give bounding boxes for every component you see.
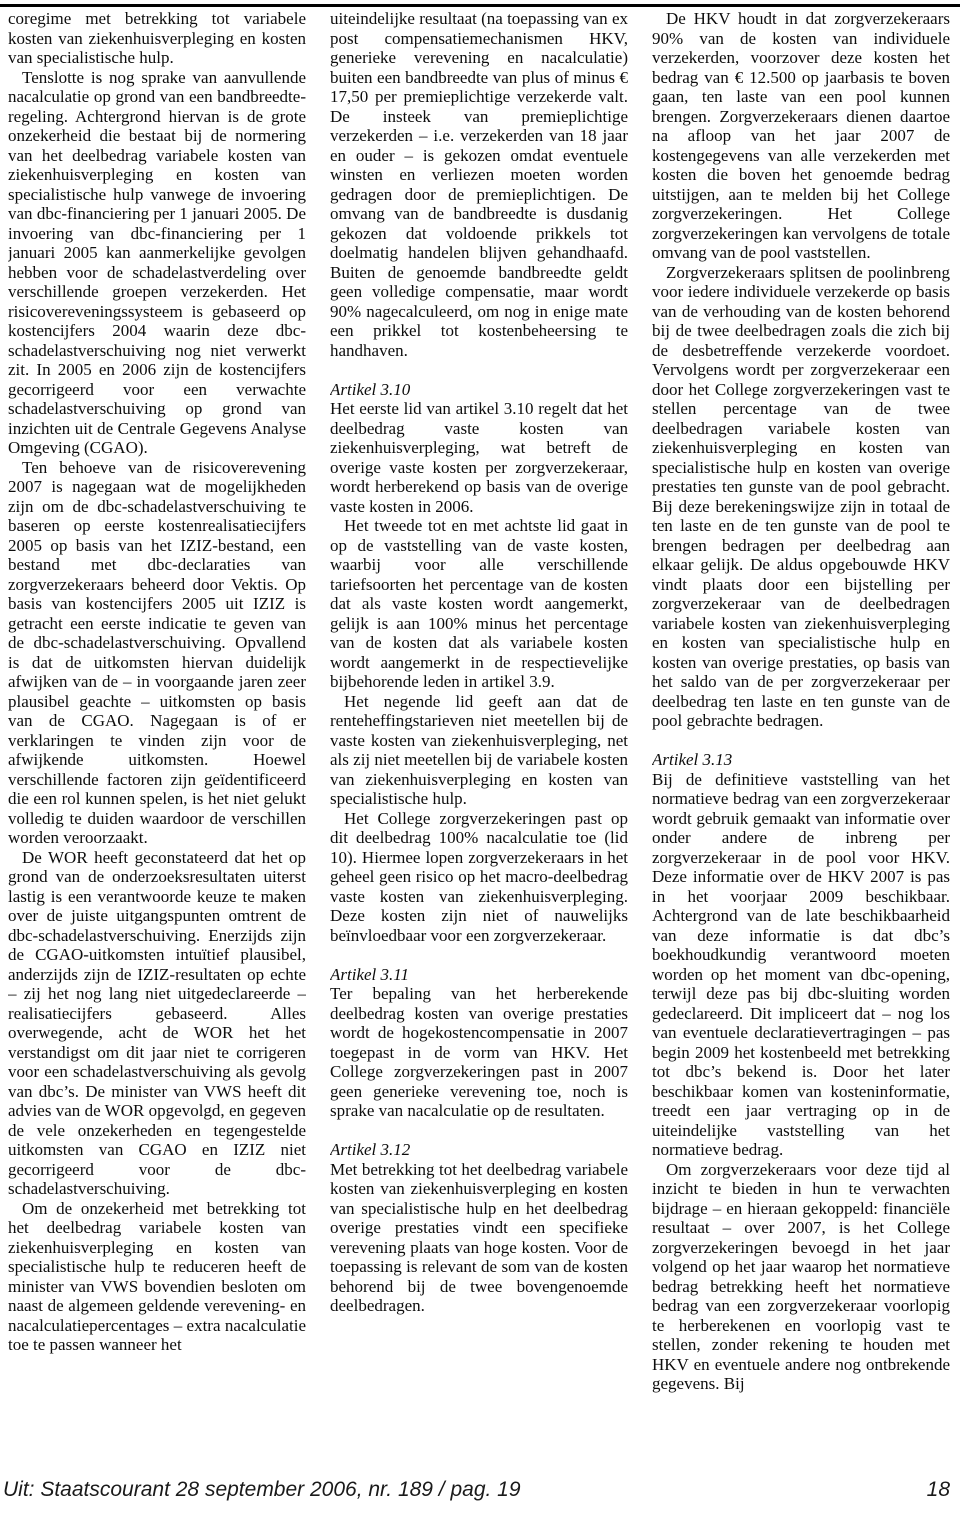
paragraph: coregime met betrekking tot variabele ko… xyxy=(8,9,306,68)
column-right: De HKV houdt in dat zorgverzekeraars 90%… xyxy=(652,9,950,1461)
document-page: coregime met betrekking tot variabele ko… xyxy=(0,0,960,1515)
paragraph: De HKV houdt in dat zorgverzekeraars 90%… xyxy=(652,9,950,263)
paragraph: Het negende lid geeft aan dat de rentehe… xyxy=(330,692,628,809)
paragraph: uiteindelijke resultaat (na toepassing v… xyxy=(330,9,628,360)
article-heading: Artikel 3.11 xyxy=(330,965,628,985)
paragraph: Het eerste lid van artikel 3.10 regelt d… xyxy=(330,399,628,516)
page-footer: Uit: Staatscourant 28 september 2006, nr… xyxy=(3,1478,950,1502)
article-heading: Artikel 3.12 xyxy=(330,1140,628,1160)
paragraph: Tenslotte is nog sprake van aanvullende … xyxy=(8,68,306,458)
paragraph: De WOR heeft geconstateerd dat het op gr… xyxy=(8,848,306,1199)
article-heading: Artikel 3.10 xyxy=(330,380,628,400)
paragraph: Ter bepaling van het herberekende deelbe… xyxy=(330,984,628,1121)
paragraph: Bij de definitieve vaststelling van het … xyxy=(652,770,950,1160)
article-heading: Artikel 3.13 xyxy=(652,750,950,770)
paragraph: Om de onzekerheid met betrekking tot het… xyxy=(8,1199,306,1355)
paragraph: Ten behoeve van de risicoverevening 2007… xyxy=(8,458,306,848)
footer-source: Uit: Staatscourant 28 september 2006, nr… xyxy=(3,1478,521,1502)
page-number: 18 xyxy=(927,1478,950,1502)
paragraph: Het tweede tot en met achtste lid gaat i… xyxy=(330,516,628,692)
text-columns: coregime met betrekking tot variabele ko… xyxy=(8,9,950,1461)
paragraph: Met betrekking tot het deelbedrag variab… xyxy=(330,1160,628,1316)
top-rule xyxy=(0,4,960,7)
paragraph: Zorgverzekeraars splitsen de poolinbreng… xyxy=(652,263,950,731)
column-middle: uiteindelijke resultaat (na toepassing v… xyxy=(330,9,628,1461)
paragraph: Om zorgverzekeraars voor deze tijd al in… xyxy=(652,1160,950,1394)
paragraph: Het College zorgverzekeringen past op di… xyxy=(330,809,628,946)
column-left: coregime met betrekking tot variabele ko… xyxy=(8,9,306,1461)
